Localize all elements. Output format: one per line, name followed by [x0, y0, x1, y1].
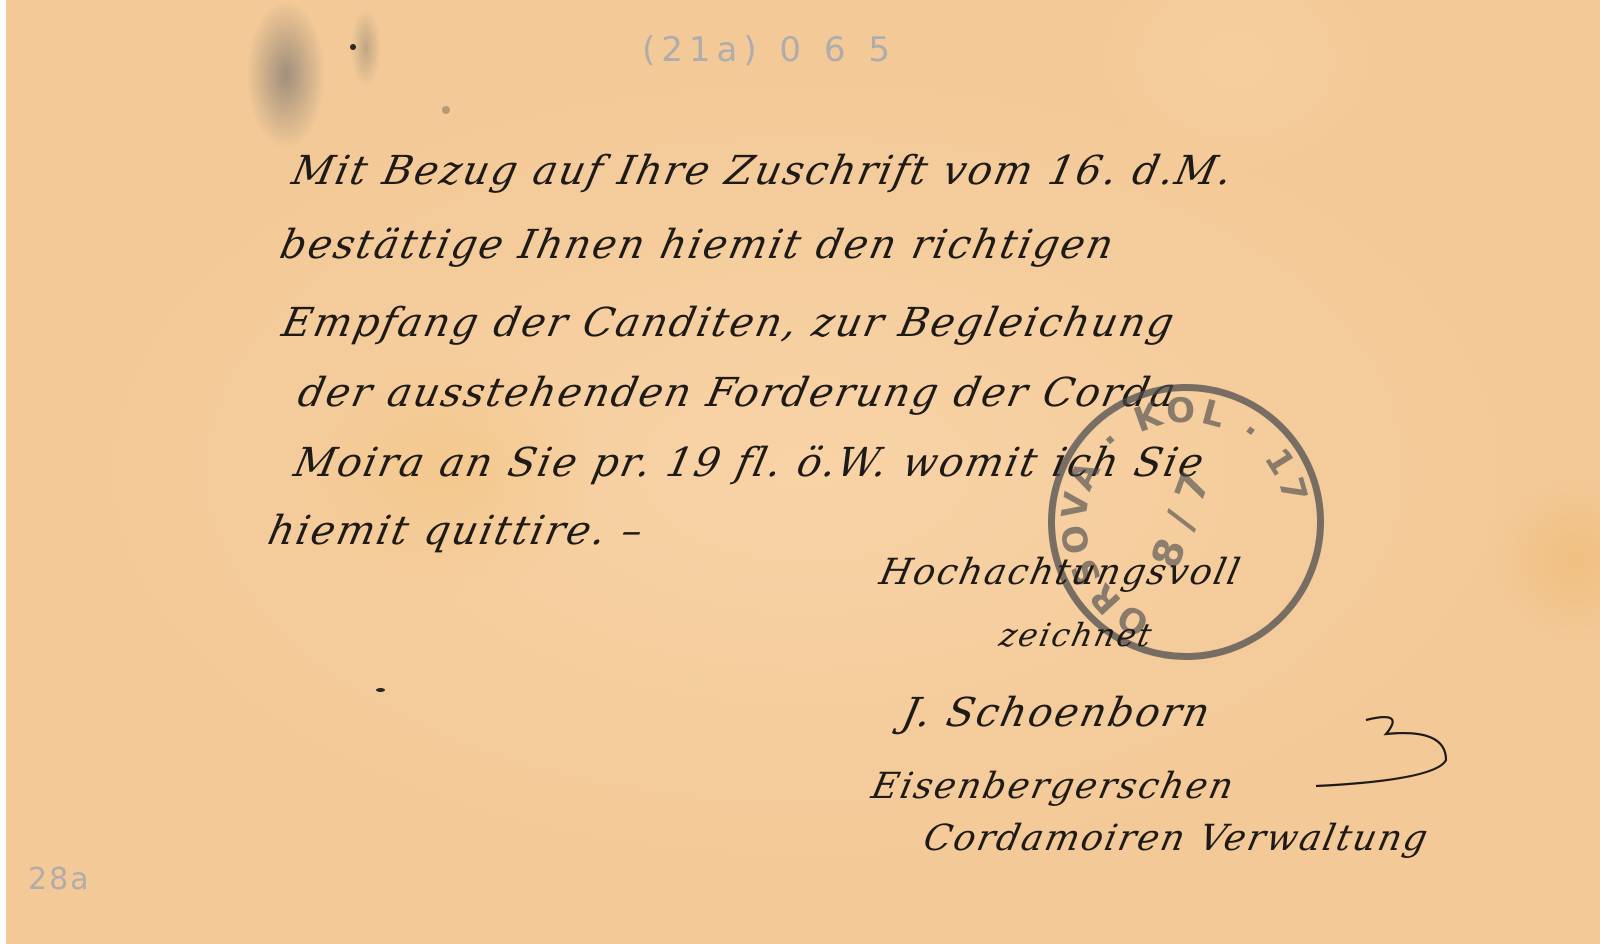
closing-signed: zeichnet [996, 616, 1157, 654]
signature-name: J. Schoenborn [898, 690, 1216, 736]
ink-dot [350, 44, 356, 50]
ink-smudge [246, 0, 326, 150]
ink-dot [442, 106, 450, 114]
signature-flourish [1306, 700, 1466, 800]
archive-note-top: (21a) 0 6 5 [642, 30, 896, 70]
body-line-3: Empfang der Canditen, zur Begleichung [278, 300, 1180, 346]
ink-dot [376, 688, 385, 692]
postcard: (21a) 0 6 5 28a Mit Bezug auf Ihre Zusch… [6, 0, 1600, 944]
body-line-1: Mit Bezug auf Ihre Zuschrift vom 16. d.M… [288, 148, 1238, 194]
office-line-2: Cordamoiren Verwaltung [920, 818, 1433, 859]
closing-salutation: Hochachtungsvoll [876, 552, 1245, 593]
archive-note-bottom: 28a [28, 862, 91, 897]
office-line-1: Eisenbergerschen [868, 766, 1239, 807]
body-line-2: bestättige Ihnen hiemit den richtigen [276, 222, 1119, 268]
body-line-6: hiemit quittire. – [264, 508, 649, 554]
body-line-4: der ausstehenden Forderung der Corda [294, 370, 1182, 416]
